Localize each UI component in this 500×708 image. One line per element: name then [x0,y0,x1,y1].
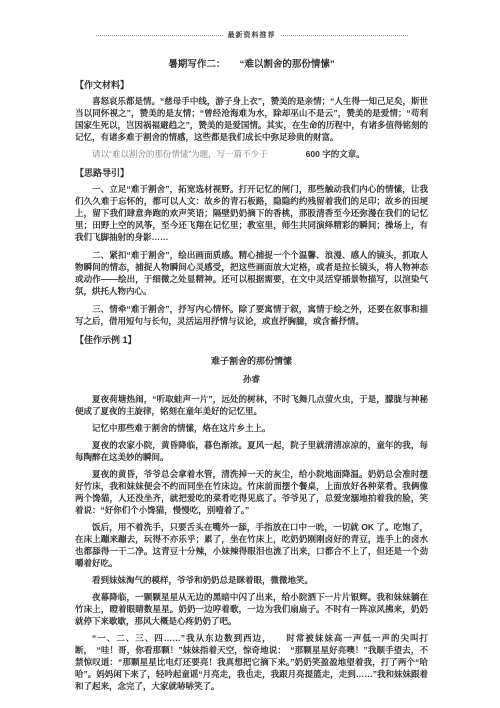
section-label-guide: 【思路导引】 [75,166,428,179]
essay-paragraph: 饭后，用不着洗手，只要舌头在嘴外一舔，手指放在口中一吮，一切就 OK 了。吃饱了… [75,521,428,569]
essay-body: 夏夜荷塘热闹，“听取蛙声一片”，远处的树林，不时飞舞几点萤火虫，于是，朦胧与神秘… [75,393,428,692]
prompt-line: 请以“难以割舍的那份情愫”为题，写一篇不少于600 字的文章。 [75,148,428,160]
essay-paragraph: 看到妹妹淘气的模样，爷爷和奶奶总是眯着眼，微微地笑。 [75,574,428,586]
essay-paragraph: 夜幕降临，一颗颗星星从无边的黑暗中闪了出来，给小院洒下一片片银辉。我和妹妹躺在竹… [75,591,428,627]
essay-paragraph: “一、二、三、四……”我从东边数到西边， 时常被妹妹高一声低一声的尖叫打断， “… [75,632,428,692]
prompt-requirement: 600 字的文章。 [306,149,365,159]
guide-point-1: 一、立足“难于割舍”，拓宽选材视野。打开记忆的闸门，那些触动我们内心的情愫，让我… [75,183,428,243]
guide-point-3: 三、情牵“难于割舍”，抒写内心情怀。除了要寓情于叙，寓情于绘之外，还要在叙事和描… [75,303,428,327]
essay-paragraph: 夏夜的农家小院，黄昏降临，暮色渐浓。夏风一起，院子里就清清凉凉的，童年的我，每每… [75,439,428,463]
essay-paragraph: 夏夜荷塘热闹，“听取蛙声一片”，远处的树林，不时飞舞几点萤火虫，于是，朦胧与神秘… [75,393,428,417]
essay-author: 孙睿 [75,373,428,385]
watermark-text: 最新资料推荐 [223,30,281,40]
guide-point-2: 二、紧扣“难于割舍”，绘出画面质感。精心捕捉一个个温馨、浪漫、感人的镜头，抓取人… [75,249,428,297]
page-number: 1 [0,663,500,672]
section-label-material: 【作文材料】 [75,78,428,91]
essay-paragraph: 记忆中那些难于割舍的情愫，烙在这片乡土上。 [75,422,428,434]
essay-title: 难子割舍的那份情愫 [75,354,428,367]
dotted-line-left [96,35,223,36]
dotted-line-right [281,35,408,36]
guide-section: 一、立足“难于割舍”，拓宽选材视野。打开记忆的闸门，那些触动我们内心的情愫，让我… [75,183,428,327]
document-title: 暑期写作二： “难以割舍的那份情愫” [75,56,428,70]
document-page: 最新资料推荐 暑期写作二： “难以割舍的那份情愫” 【作文材料】 喜怒哀乐都是情… [0,0,500,708]
header-watermark: 最新资料推荐 [96,30,408,40]
prompt-text: 请以“难以割舍的那份情愫”为题，写一篇不少于 [92,149,268,159]
section-label-example: 【佳作示例 1】 [75,333,428,346]
material-paragraph: 喜怒哀乐都是情。“慈母手中线，游子身上衣”，赞美的是亲情；“人生得一知己足矣，斯… [75,95,428,143]
essay-paragraph: 夏夜的黄昏，爷爷总会拿着水管，清洗掉一天的灰尘，给小院地面降温。奶奶总会准时摆好… [75,468,428,516]
